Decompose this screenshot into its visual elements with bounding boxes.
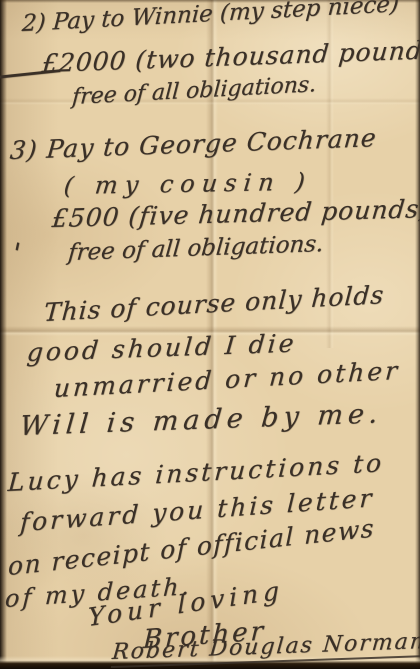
line-bequest-cochrane: 3) Pay to George Cochrane: [9, 124, 378, 164]
letter-page: — ' 2) Pay to Winnie (my step niece) £20…: [0, 0, 420, 669]
line-winnie-obligations: free of all obligations.: [71, 73, 317, 110]
line-cochrane-obligations: free of all obligations.: [67, 232, 325, 266]
line-bequest-winnie: 2) Pay to Winnie (my step niece): [21, 0, 400, 37]
line-cochrane-amount: £500 (five hundred pounds): [51, 195, 420, 232]
line-condition-4: Will is made by me.: [19, 399, 384, 441]
line-cochrane-relation: ( my cousin ): [63, 169, 313, 200]
right-page-edge: [415, 0, 420, 669]
left-page-edge: [0, 0, 7, 669]
line-condition-1: This of course only holds: [43, 281, 385, 326]
margin-tick-mark: ': [9, 238, 23, 270]
line-winnie-amount: £2000 (two thousand pounds): [41, 36, 420, 78]
line-condition-2: good should I die: [26, 330, 298, 367]
